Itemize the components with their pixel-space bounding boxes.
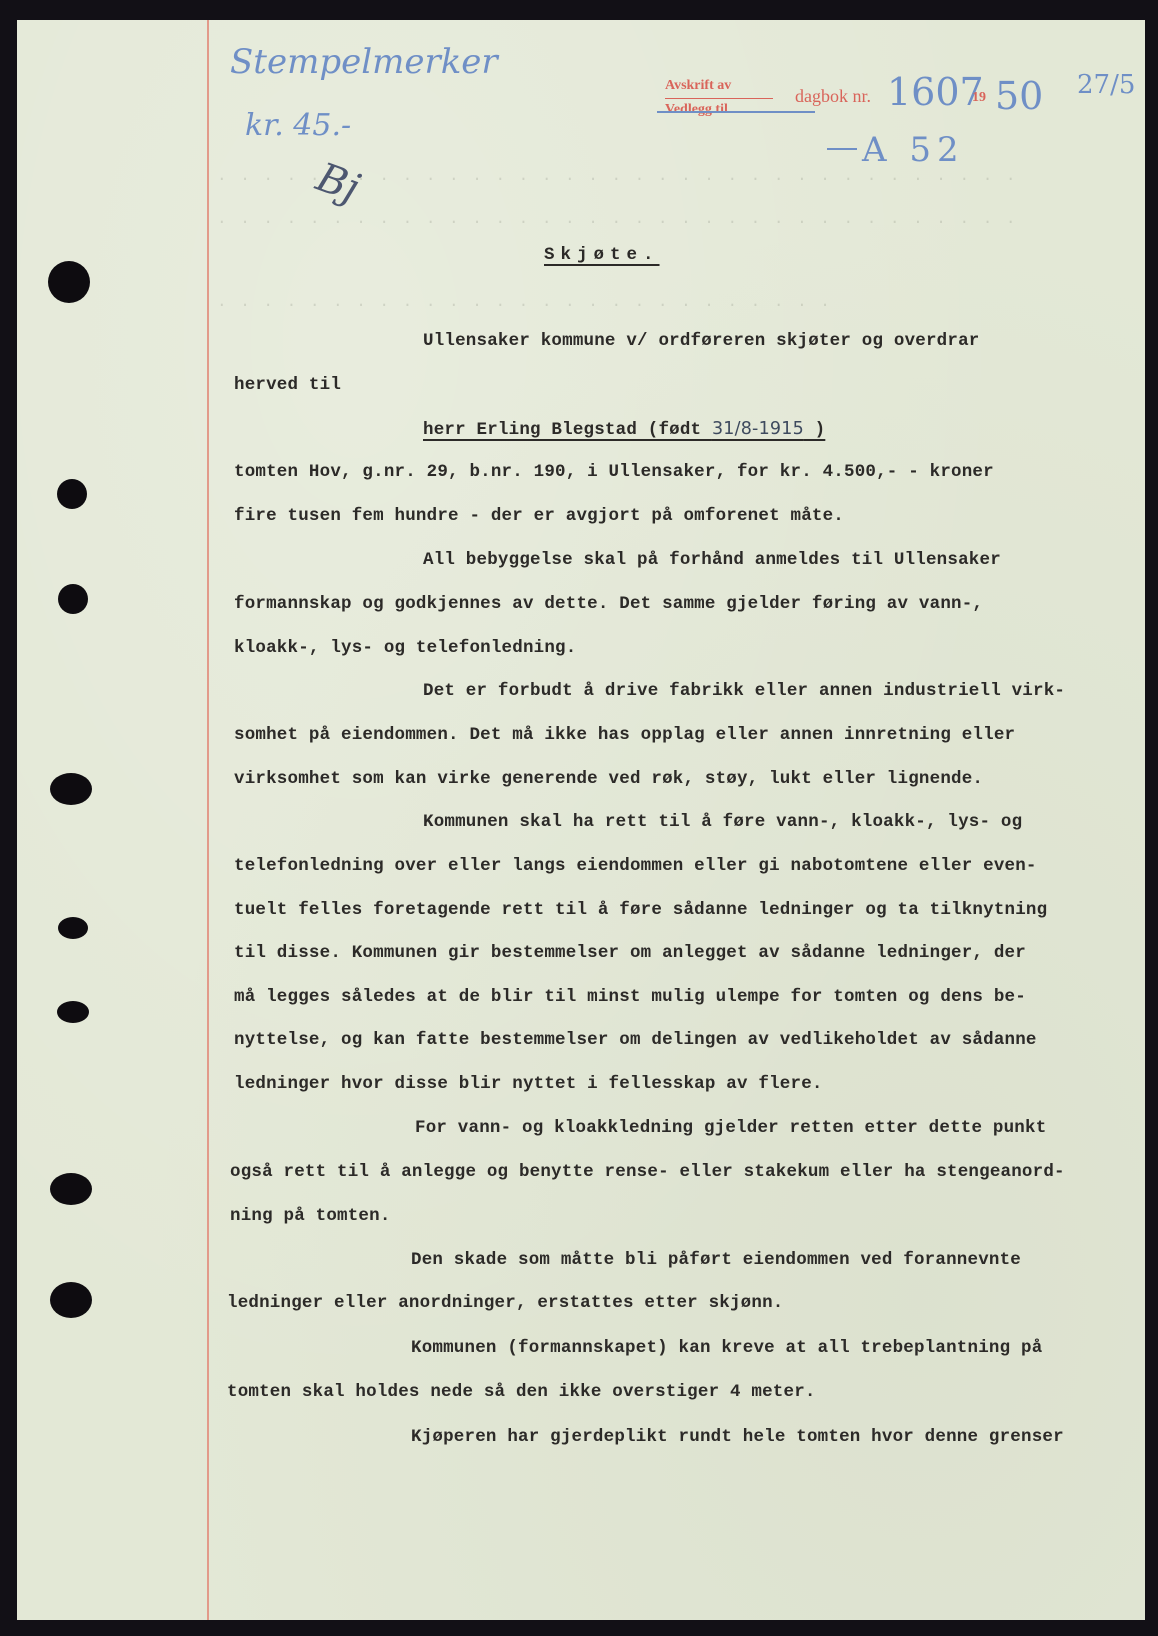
text-line: tomten skal holdes nede så den ikke over… bbox=[227, 1382, 816, 1402]
bleed-through-text: · · · · · · · · · · · · · · · · · · · · … bbox=[217, 296, 832, 314]
stamp-attachment-struck: Vedlegg til bbox=[665, 102, 728, 118]
paper-sheet: Stempelmerker kr. 45.- Bj Avskrift av Ve… bbox=[17, 20, 1145, 1620]
text-line: herved til bbox=[234, 375, 341, 395]
document-title: Skjøte. bbox=[544, 245, 660, 265]
text-line: må legges således at de blir til minst m… bbox=[234, 987, 1026, 1007]
text-line: somhet på eiendommen. Det må ikke has op… bbox=[234, 725, 1015, 745]
punch-hole-icon bbox=[48, 261, 90, 303]
text-line: også rett til å anlegge og benytte rense… bbox=[230, 1162, 1065, 1182]
text-line: Ullensaker kommune v/ ordføreren skjøter… bbox=[423, 331, 980, 351]
text-line: Kommunen (formannskapet) kan kreve at al… bbox=[411, 1338, 1042, 1358]
punch-hole-icon bbox=[50, 773, 92, 805]
bleed-through-text: · · · · · · · · · · · · · · · · · · · · … bbox=[217, 170, 1018, 188]
text-line: All bebyggelse skal på forhånd anmeldes … bbox=[423, 550, 1001, 570]
grantee-birth-date: 31/8-1915 bbox=[712, 419, 804, 439]
text-line: virksomhet som kan virke generende ved r… bbox=[234, 769, 983, 789]
text-line: tuelt felles foretagende rett til å føre… bbox=[234, 900, 1047, 920]
text-line: kloakk-, lys- og telefonledning. bbox=[234, 638, 576, 658]
grantee-line: herr Erling Blegstad (født 31/8-1915 ) bbox=[423, 419, 825, 440]
strike-through-line bbox=[657, 111, 815, 113]
punch-hole-icon bbox=[50, 1282, 92, 1318]
handwritten-amount: kr. 45.- bbox=[245, 108, 351, 143]
text-line: ledninger eller anordninger, erstattes e… bbox=[227, 1293, 784, 1313]
text-line: For vann- og kloakkledning gjelder rette… bbox=[415, 1118, 1046, 1138]
year-handwritten: 50 bbox=[995, 74, 1043, 118]
scanned-page: Stempelmerker kr. 45.- Bj Avskrift av Ve… bbox=[0, 0, 1158, 1636]
text-line: tomten Hov, g.nr. 29, b.nr. 190, i Ullen… bbox=[234, 462, 994, 482]
text-line: Kjøperen har gjerdeplikt rundt hele tomt… bbox=[411, 1427, 1064, 1447]
dagbok-number: 1607 bbox=[887, 70, 984, 114]
text-line: Den skade som måtte bli påført eiendomme… bbox=[411, 1250, 1021, 1270]
text-line: formannskap og godkjennes av dette. Det … bbox=[234, 594, 983, 614]
text-line: fire tusen fem hundre - der er avgjort p… bbox=[234, 506, 844, 526]
text-line: ning på tomten. bbox=[230, 1206, 391, 1226]
text-line: Det er forbudt å drive fabrikk eller ann… bbox=[423, 681, 1065, 701]
punch-hole-icon bbox=[58, 584, 88, 614]
year-prefix: 19 bbox=[972, 90, 986, 106]
stamp-copy-of: Avskrift av bbox=[665, 78, 731, 94]
grantee-suffix: ) bbox=[804, 420, 825, 440]
text-line: telefonledning over eller langs eiendomm… bbox=[234, 856, 1037, 876]
stamp-dagbok-label: dagbok nr. bbox=[795, 86, 871, 107]
reference-underline bbox=[827, 148, 857, 150]
grantee-name: herr Erling Blegstad (født bbox=[423, 420, 712, 440]
punch-hole-icon bbox=[58, 917, 88, 939]
text-line: til disse. Kommunen gir bestemmelser om … bbox=[234, 943, 1026, 963]
stamp-underline bbox=[665, 98, 773, 99]
punch-hole-icon bbox=[57, 1001, 89, 1023]
punch-hole-icon bbox=[57, 479, 87, 509]
margin-line bbox=[207, 20, 209, 1620]
handwritten-stamp-note: Stempelmerker bbox=[230, 42, 498, 82]
text-line: ledninger hvor disse blir nyttet i felle… bbox=[234, 1074, 823, 1094]
bleed-through-text: · · · · · · · · · · · · · · · · · · · · … bbox=[217, 213, 1018, 231]
reference-number: A 52 bbox=[862, 130, 965, 170]
punch-hole-icon bbox=[50, 1173, 92, 1205]
text-line: nyttelse, og kan fatte bestemmelser om d… bbox=[234, 1030, 1037, 1050]
date-handwritten: 27/5 bbox=[1077, 70, 1135, 100]
text-line: Kommunen skal ha rett til å føre vann-, … bbox=[423, 812, 1022, 832]
